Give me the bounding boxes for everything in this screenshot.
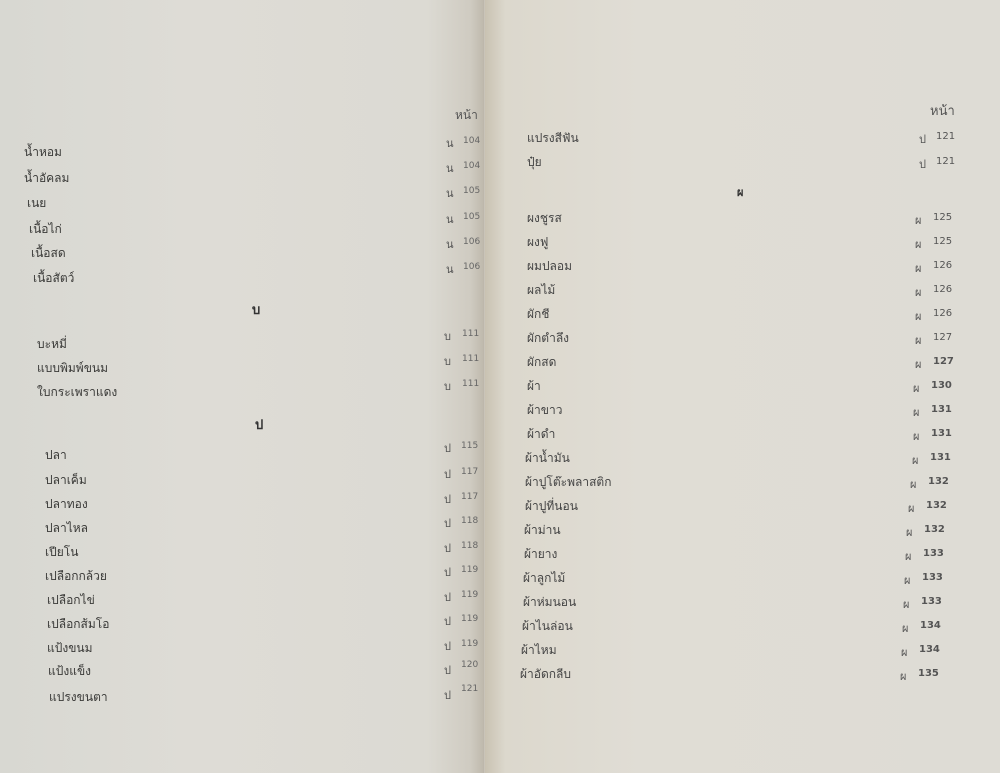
entry-letter: ผ [903,595,909,613]
entry-term: แป้งขนม [47,639,93,658]
entry-letter: ผ [915,211,921,229]
book-spread: หน้า น้ำหอม น 104 น้ำอัคลม น 104 เนย น 1… [0,0,1000,773]
entry-term: ผ้า [527,377,541,396]
entry-page: 134 [920,620,941,631]
entry-term: เนื้อสัตว์ [33,269,74,288]
entry-term: เนย [27,194,46,213]
entry-page: 104 [463,136,480,146]
entry-term: ผ้าขาว [527,401,562,420]
entry-letter: ผ [905,547,911,565]
entry-letter: ป [444,637,451,655]
entry-letter: ผ [906,523,912,541]
entry-term: ผ้าปูที่นอน [525,497,578,516]
entry-letter: ผ [902,619,908,637]
entry-term: แบบพิมพ์ขนม [37,359,108,378]
entry-letter: ผ [915,235,921,253]
entry-term: เปียโน [45,543,78,562]
entry-letter: ผ [910,475,916,493]
entry-letter: น [446,235,454,253]
entry-page: 132 [924,524,945,535]
entry-letter: ผ [900,667,906,685]
entry-page: 118 [461,541,478,551]
entry-letter: ป [919,130,926,148]
entry-term: ผ้าห่มนอน [523,593,576,612]
entry-page: 118 [461,516,478,526]
entry-term: เนื้อไก่ [29,220,62,239]
entry-page: 132 [926,500,947,511]
entry-page: 127 [933,356,954,367]
entry-term: แปรงสีฟัน [527,129,579,148]
entry-term: ปลาทอง [45,495,88,514]
entry-term: ปลาไหล [45,519,88,538]
entry-page: 106 [463,237,480,247]
entry-letter: ป [444,612,451,630]
entry-letter: ป [444,514,451,532]
entry-page: 133 [921,596,942,607]
entry-term: เปลือกกล้วย [45,567,107,586]
entry-letter: ป [444,661,451,679]
entry-page: 119 [461,639,478,649]
entry-page: 105 [463,212,480,222]
entry-letter: น [446,134,454,152]
entry-page: 132 [928,476,949,487]
entry-page: 111 [462,379,479,389]
entry-page: 131 [931,428,952,439]
entry-page: 134 [919,644,940,655]
entry-term: ผมปลอม [527,257,572,276]
entry-page: 119 [461,590,478,600]
entry-term: ผ้าน้ำมัน [525,449,570,468]
entry-letter: บ [444,327,451,345]
entry-letter: ป [919,155,926,173]
entry-page: 111 [462,354,479,364]
entry-letter: บ [444,352,451,370]
section-heading: ป [255,414,263,435]
entry-term: บะหมี่ [37,335,67,354]
entry-term: ผงชูรส [527,209,562,228]
entry-page: 117 [461,467,478,477]
entry-term: เปลือกส้มโอ [47,615,109,634]
entry-letter: ป [444,539,451,557]
entry-term: แป้งแข็ง [48,662,91,681]
entry-term: น้ำหอม [24,143,62,162]
entry-term: ผ้าดำ [527,425,555,444]
entry-term: ปุ๋ย [527,153,542,172]
entry-page: 119 [461,565,478,575]
entry-page: 111 [462,329,479,339]
entry-term: น้ำอัคลม [24,169,69,188]
entry-page: 133 [922,572,943,583]
section-heading: ผ [737,183,743,201]
entry-term: ผักชี [527,305,549,324]
entry-term: ปลา [45,446,67,465]
entry-page: 131 [930,452,951,463]
entry-letter: ผ [915,283,921,301]
entry-page: 117 [461,492,478,502]
entry-letter: ผ [912,451,918,469]
page-column-header: หน้า [455,106,478,125]
entry-letter: ผ [915,331,921,349]
entry-page: 126 [933,308,952,319]
entry-letter: ผ [901,643,907,661]
entry-page: 127 [933,332,952,343]
entry-term: แปรงขนตา [49,688,108,707]
entry-letter: ผ [913,427,919,445]
entry-term: ปลาเค็ม [45,471,87,490]
entry-page: 121 [936,131,955,142]
entry-term: ผักตำลึง [527,329,569,348]
entry-page: 121 [461,684,478,694]
entry-letter: ผ [915,259,921,277]
entry-page: 125 [933,212,952,223]
entry-page: 121 [936,156,955,167]
entry-term: ผ้าอัดกลีบ [520,665,571,684]
entry-term: ผ้าม่าน [524,521,561,540]
entry-letter: ป [444,490,451,508]
entry-letter: น [446,210,454,228]
right-page: หน้า แปรงสีฟัน ป 121 ปุ๋ย ป 121 ผ ผงชูรส… [485,0,1000,773]
entry-page: 131 [931,404,952,415]
entry-letter: ผ [908,499,914,517]
entry-page: 119 [461,614,478,624]
section-heading: บ [252,299,260,320]
entry-letter: น [446,159,454,177]
entry-letter: ป [444,465,451,483]
entry-letter: ผ [913,403,919,421]
entry-page: 133 [923,548,944,559]
entry-term: ผ้ายาง [524,545,557,564]
entry-term: ผ้าลูกไม้ [523,569,565,588]
entry-page: 135 [918,668,939,679]
entry-letter: น [446,260,454,278]
entry-term: ผ้าปูโต๊ะพลาสติก [525,473,611,492]
left-page: หน้า น้ำหอม น 104 น้ำอัคลม น 104 เนย น 1… [0,0,485,773]
entry-letter: ผ [913,379,919,397]
entry-letter: น [446,184,454,202]
entry-page: 125 [933,236,952,247]
entry-letter: ผ [915,355,921,373]
entry-page: 120 [461,660,478,670]
entry-term: ผักสด [527,353,556,372]
entry-page: 115 [461,441,478,451]
entry-page: 104 [463,161,480,171]
entry-term: เนื้อสด [31,244,66,263]
entry-letter: ผ [904,571,910,589]
entry-letter: ผ [915,307,921,325]
entry-letter: ป [444,686,451,704]
entry-page: 130 [931,380,952,391]
entry-letter: ป [444,439,451,457]
entry-term: ผ้าไนล่อน [522,617,573,636]
entry-letter: ป [444,563,451,581]
entry-term: ผ้าไหม [521,641,557,660]
entry-term: ผงฟู [527,233,548,252]
entry-page: 126 [933,284,952,295]
entry-letter: บ [444,377,451,395]
entry-page: 126 [933,260,952,271]
page-column-header: หน้า [930,100,955,121]
entry-page: 105 [463,186,480,196]
entry-letter: ป [444,588,451,606]
entry-page: 106 [463,262,480,272]
entry-term: ผลไม้ [527,281,555,300]
entry-term: ใบกระเพราแดง [37,383,117,402]
entry-term: เปลือกไข่ [47,591,95,610]
